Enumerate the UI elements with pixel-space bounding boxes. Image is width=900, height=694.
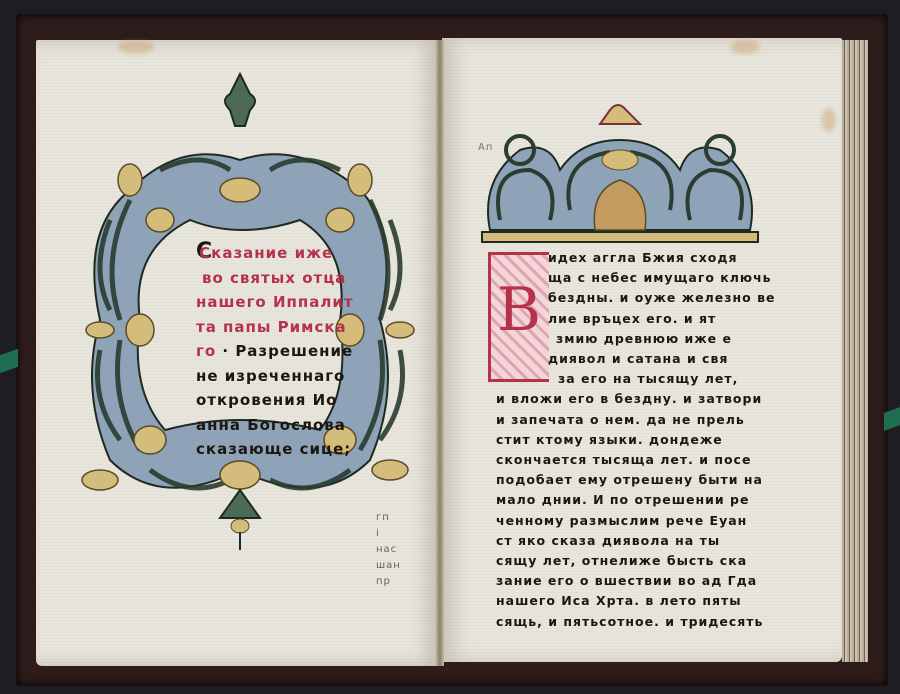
title-line: сказающе сице; <box>196 437 354 462</box>
title-line: во святых отца <box>196 266 354 291</box>
margin-fragment: гп i нас шан пр <box>376 510 401 590</box>
text-line: ща с небес имущаго ключь <box>496 268 776 288</box>
stain <box>118 40 154 54</box>
text-line: нашего Иса Хрта. в лето пяты <box>496 591 776 611</box>
page-edges <box>842 40 868 662</box>
title-line: анна Богослова <box>196 413 354 438</box>
text-line: идех аггла Бжия сходя <box>496 248 776 268</box>
title-line: Сказание иже <box>199 244 333 262</box>
text-line: лие връцех его. и ят <box>496 309 776 329</box>
stain <box>822 108 836 132</box>
text-line: змию древнюю иже е <box>496 329 776 349</box>
text-line: и вложи его в бездну. и затвори <box>496 389 776 409</box>
text-line: сящу лет, отнелиже бысть ска <box>496 551 776 571</box>
text-line: подобает ему отрешену быти на <box>496 470 776 490</box>
text-line: и запечата о нем. да не прель <box>496 410 776 430</box>
text-line: мало днии. И по отрешении ре <box>496 490 776 510</box>
text-line: зание его о вшествии во ад Гда <box>496 571 776 591</box>
text-line: диявол и сатана и свя <box>496 349 776 369</box>
title-line: та папы Римска <box>196 315 354 340</box>
text-line: ст яко сказа диявола на ты <box>496 531 776 551</box>
headpiece-ornament-icon <box>480 100 760 246</box>
title-block: ССказание иже во святых отца нашего Иппа… <box>196 240 354 462</box>
title-line: не изреченнаго <box>196 364 354 389</box>
title-line: Разрешение <box>235 342 353 360</box>
stain <box>730 40 760 54</box>
book-gutter <box>436 40 444 666</box>
right-page-text: идех аггла Бжия сходя ща с небес имущаго… <box>496 248 776 632</box>
title-line: нашего Иппалит <box>196 290 354 315</box>
right-margin-fragment: Ап <box>478 142 493 153</box>
title-line: го <box>196 342 216 360</box>
text-line: ченному размыслим рече Еуан <box>496 511 776 531</box>
text-line: за его на тысящу лет, <box>496 369 776 389</box>
text-line: стит ктому языки. дондеже <box>496 430 776 450</box>
title-line: откровения Ио <box>196 388 354 413</box>
text-line: бездны. и оуже железно ве <box>496 288 776 308</box>
text-line: сящь, и пятьсотное. и тридесять <box>496 612 776 632</box>
text-line: скончается тысяща лет. и посе <box>496 450 776 470</box>
